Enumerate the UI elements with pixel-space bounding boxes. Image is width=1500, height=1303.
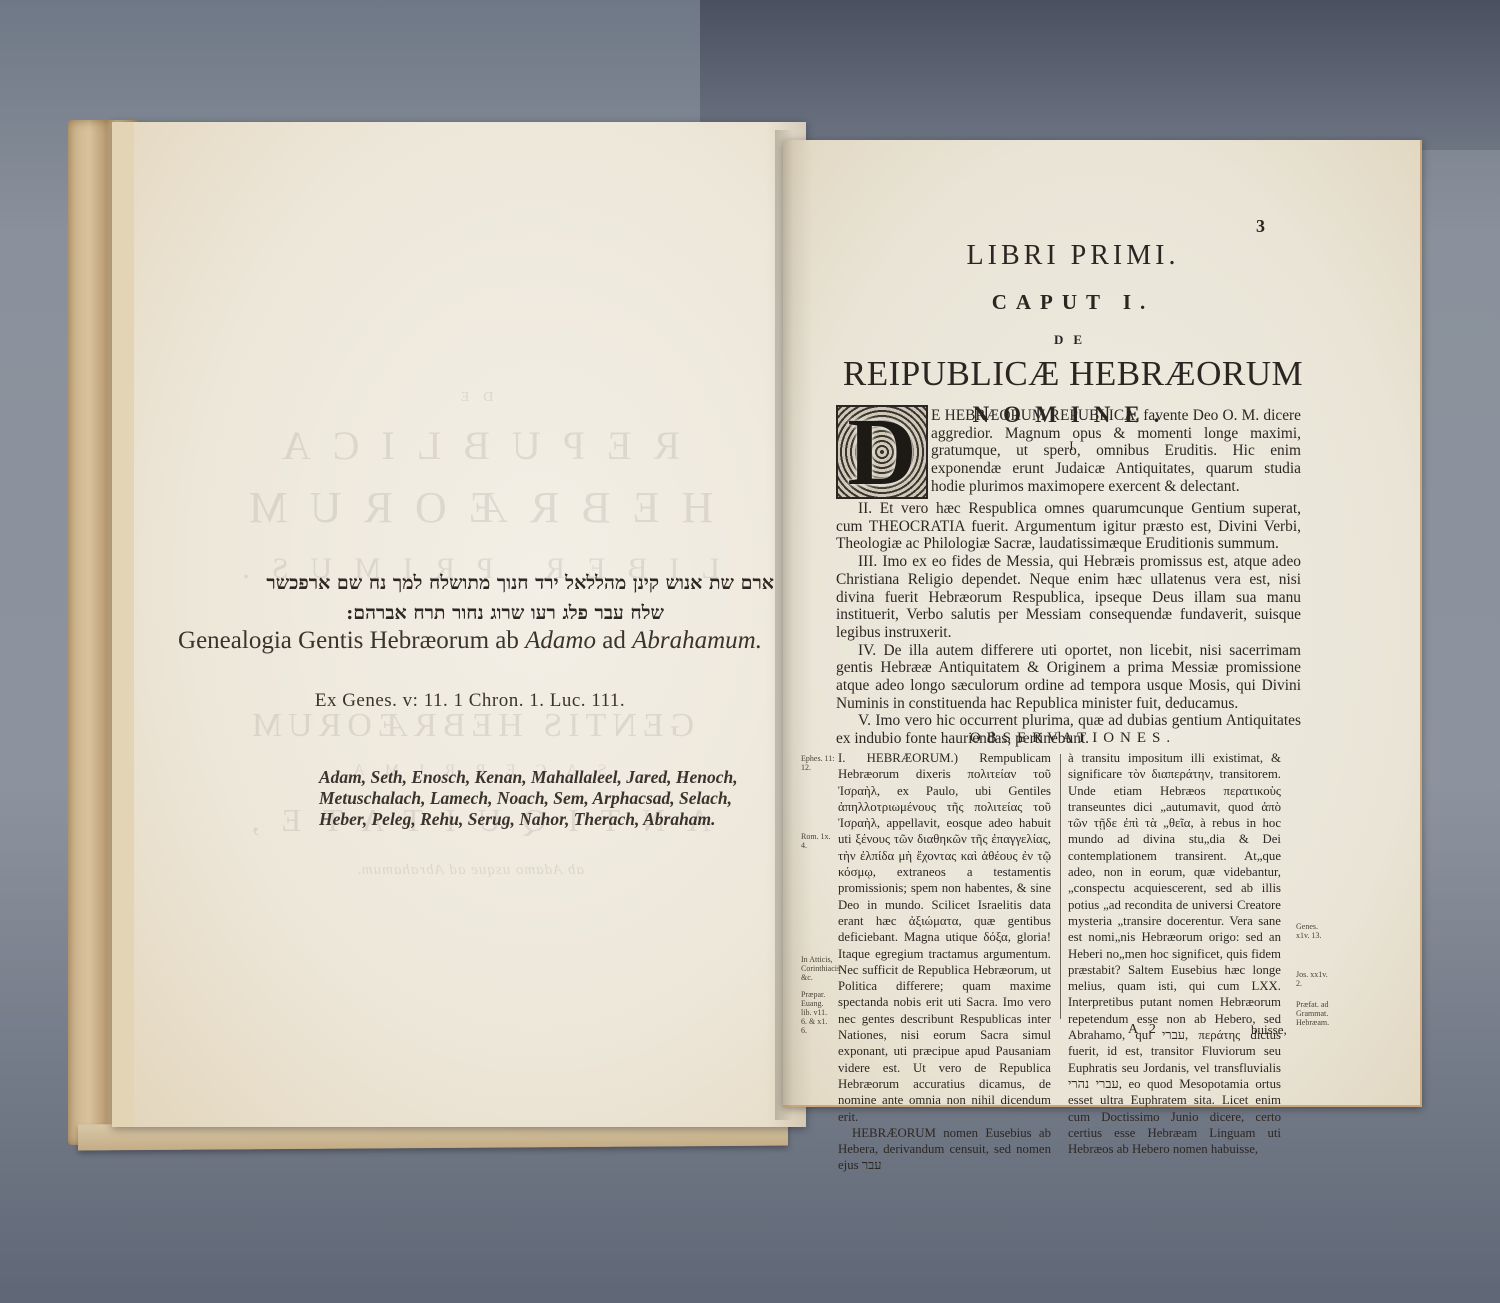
signature-mark: A 2: [1128, 1022, 1160, 1038]
paragraph-ii: II. Et vero hæc Respublica omnes quarumc…: [836, 500, 1301, 553]
title-text: Genealogia Gentis Hebræorum ab: [178, 627, 525, 654]
column-rule: [1060, 754, 1061, 1019]
genealogy-title: Genealogia Gentis Hebræorum ab Adamo ad …: [134, 627, 806, 655]
title-adamo: Adamo: [525, 627, 596, 654]
scripture-sources: Ex Genes. v: 11. 1 Chron. 1. Luc. 111.: [134, 690, 806, 712]
observationes-heading: OBSERVATIONES.: [823, 730, 1323, 747]
paragraph-iv: IV. De illa autem differere uti oportet,…: [836, 642, 1301, 713]
margin-note-genes: Genes. x1v. 13.: [1296, 922, 1330, 940]
show-through-gentis: GENTIS HEBRÆORUM: [134, 707, 806, 745]
heading-libri-primi: LIBRI PRIMI.: [823, 240, 1323, 272]
margin-note-praefat: Præfat. ad Grammat. Hebræam.: [1296, 1000, 1330, 1027]
page-number: 3: [1256, 216, 1265, 237]
observation-continued-text: à transitu impositum illi existimat, & s…: [1068, 750, 1281, 1157]
paragraph-iii: III. Imo ex eo fides de Messia, qui Hebr…: [836, 553, 1301, 642]
observation-i-text: I. HEBRÆORUM.) Rempublicam Hebræorum dix…: [838, 750, 1051, 1125]
open-book: DE REPUBLICA HEBRÆORUM LIBER PRIMUS. GEN…: [0, 0, 1500, 1303]
margin-note-praepar: Præpar. Euang. lib. v11. 6. & x1. 6.: [801, 990, 835, 1035]
show-through-hebraeorum: HEBRÆORUM: [134, 482, 806, 533]
hebrew-genealogy-line-2: שלח עבר פלג רעו שרוג נחור תרח אברהם:: [284, 602, 664, 625]
margin-note-attica: In Atticis, Corinthiacis &c.: [801, 955, 835, 982]
show-through-de: DE: [134, 390, 806, 406]
numbered-paragraphs: II. Et vero hæc Respublica omnes quarumc…: [836, 500, 1301, 748]
right-page: 3 LIBRI PRIMI. CAPUT I. DE REIPUBLICÆ HE…: [783, 140, 1422, 1107]
gutter-shadow: [775, 130, 793, 1120]
drop-cap-letter: D: [847, 404, 916, 500]
margin-note-rom: Rom. 1x. 4.: [801, 832, 835, 850]
observations-column-left: I. HEBRÆORUM.) Rempublicam Hebræorum dix…: [838, 750, 1051, 1174]
left-page: DE REPUBLICA HEBRÆORUM LIBER PRIMUS. GEN…: [112, 122, 806, 1127]
margin-note-ephes: Ephes. 11: 12.: [801, 754, 835, 772]
intro-paragraph: E HEBRÆORUM REPUBLICA, favente Deo O. M.…: [931, 407, 1301, 496]
show-through-republica: REPUBLICA: [134, 422, 806, 469]
margin-note-jos: Jos. xx1v. 2.: [1296, 970, 1330, 988]
title-ad: ad: [596, 627, 632, 654]
hebrew-genealogy-line-1: ארם שת אנוש קינן מהללאל ירד חנוך מתושלח …: [254, 572, 774, 595]
catchword: buisse,: [1251, 1022, 1287, 1038]
genealogy-names: Adam, Seth, Enosch, Kenan, Mahallaleel, …: [319, 767, 739, 830]
heading-caput: CAPUT I.: [823, 290, 1323, 315]
heading-de: DE: [823, 332, 1323, 348]
ornamental-drop-cap: D: [836, 405, 928, 499]
show-through-subtitle: ab Adamo usque ad Abrahamum.: [134, 862, 806, 879]
observations-column-right: à transitu impositum illi existimat, & s…: [1068, 750, 1281, 1157]
title-abrahamum: Abrahamum.: [632, 627, 762, 654]
intro-text: E HEBRÆORUM REPUBLICA, favente Deo O. M.…: [931, 407, 1301, 496]
observation-eusebius-text: HEBRÆORUM nomen Eusebius ab Hebera, deri…: [838, 1125, 1051, 1174]
chapter-title: REIPUBLICÆ HEBRÆORUM: [823, 354, 1323, 394]
